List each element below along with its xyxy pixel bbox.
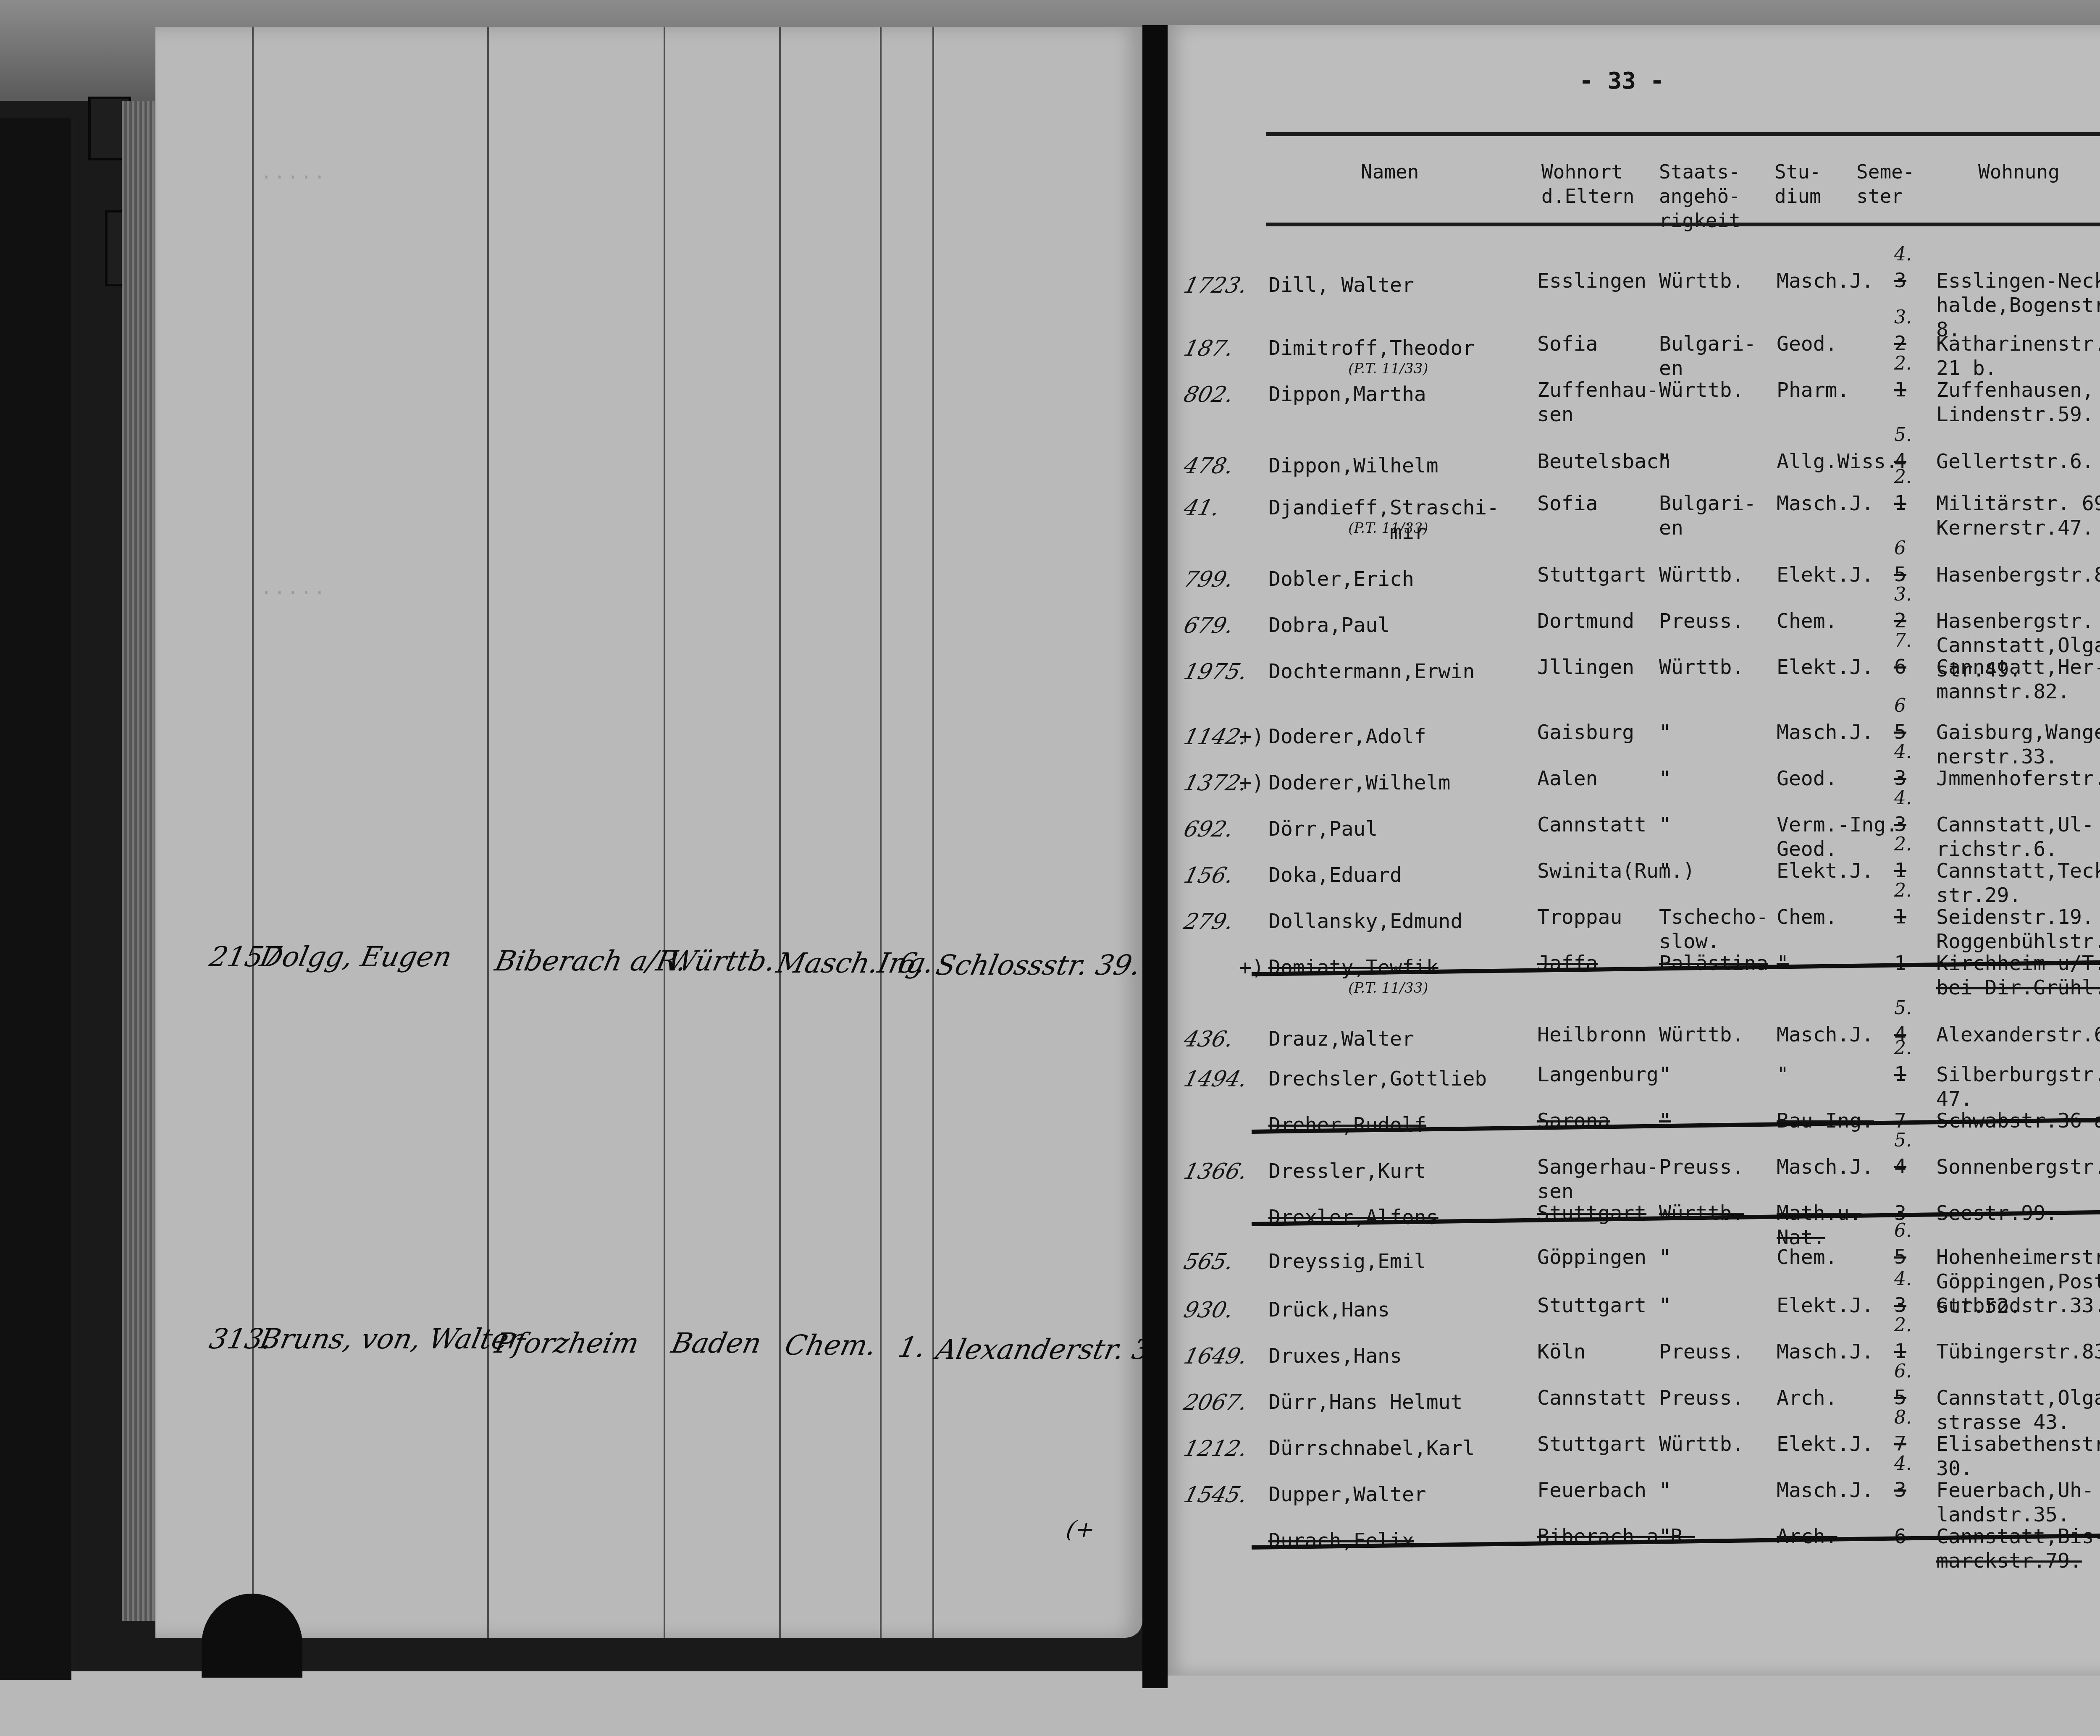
residence-address: Feuerbach,Uh- landstr.35. — [1936, 1478, 2094, 1527]
semester-updated: 5. — [1894, 997, 1912, 1019]
semester-updated: 2. — [1894, 1314, 1912, 1336]
student-name: Dupper,Walter — [1268, 1482, 1426, 1507]
student-name: Druxes,Hans — [1268, 1344, 1402, 1368]
parents-residence: Troppau — [1537, 905, 1622, 929]
parents-residence: Heilbronn — [1537, 1023, 1646, 1047]
table-row: 930.Drück,HansStuttgart"Elekt.J.4.3Gutbr… — [1168, 1298, 2100, 1323]
residence-address: Cannstatt,Her- mannstr.82. — [1936, 655, 2100, 704]
table-row: 1212.Dürrschnabel,KarlStuttgartWürttb.El… — [1168, 1436, 2100, 1461]
semester-updated: 6 — [1894, 695, 1906, 716]
margin-mark: (+ — [1064, 1516, 1097, 1542]
student-name: Dreher,Rudolf — [1268, 1113, 1426, 1137]
semester-original: 5 — [1894, 720, 1906, 744]
citizenship: " — [1659, 1062, 1671, 1087]
table-row: 279.Dollansky,EdmundTroppauTschecho- slo… — [1168, 909, 2100, 934]
study-field: Masch.J. — [1777, 1478, 1874, 1503]
column-header-name: Namen — [1361, 160, 1419, 184]
parents-residence: Stuttgart — [1537, 563, 1646, 587]
semester-updated: 6 — [1894, 538, 1906, 559]
column-header-study: Stu- dium — [1774, 160, 1821, 208]
bleed-through-text: ····· — [260, 166, 327, 189]
registration-number: 1366. — [1181, 1159, 1250, 1184]
semester-original: 7 — [1894, 1432, 1906, 1455]
residence-address: Gutbrodstr.33. — [1936, 1293, 2100, 1318]
citizenship: Württb. — [664, 945, 779, 977]
citizenship: " — [1659, 1109, 1671, 1133]
citizenship: Preuss. — [1659, 1386, 1744, 1410]
study-field: Chem. — [1777, 905, 1837, 929]
registration-number: 1975. — [1181, 659, 1250, 684]
semester-original: 1 — [1894, 491, 1906, 515]
table-row: 2067.Dürr,Hans HelmutCannstattPreuss.Arc… — [1168, 1390, 2100, 1415]
table-row: 1545.Dupper,WalterFeuerbach"Masch.J.4.3F… — [1168, 1482, 2100, 1508]
study-field: Masch.J. — [1777, 1340, 1874, 1364]
annotation: (P.T. 11/33) — [1348, 980, 1428, 996]
study-field: Chem. — [1777, 1245, 1837, 1269]
table-row-struck: Durach,FelixBiberach a.R."Arch.6Cannstat… — [1168, 1529, 2100, 1554]
parents-residence: Dortmund — [1537, 609, 1634, 633]
registration-number: 1545. — [1181, 1482, 1250, 1508]
semester-updated: 6. — [1894, 1361, 1912, 1382]
semester-updated: 3. — [1894, 307, 1912, 328]
student-name: Dobler,Erich — [1268, 567, 1414, 591]
table-row: 692.Dörr,PaulCannstatt"Verm.-Ing. Geod.4… — [1168, 817, 2100, 842]
study-field: Elekt.J. — [1777, 563, 1874, 587]
registration-number: 187. — [1181, 336, 1236, 361]
book-cover-left — [0, 118, 71, 1680]
registration-number: 692. — [1181, 817, 1236, 842]
semester-updated: 4. — [1894, 244, 1912, 265]
semester-original: 1 — [1894, 905, 1906, 928]
parents-residence: Zuffenhau- sen — [1537, 378, 1659, 427]
table-row: 1366.Dressler,KurtSangerhau- senPreuss.M… — [1168, 1159, 2100, 1184]
left-page: ····· ····· 2157 Dolgg, Eugen Biberach a… — [155, 27, 1142, 1638]
citizenship: Württb. — [1659, 1201, 1744, 1225]
semester-updated: 5. — [1894, 424, 1912, 446]
residence-address: Elisabethenstr. 30. — [1936, 1432, 2100, 1481]
citizenship: Württb. — [1659, 655, 1744, 679]
table-row: 1494.Drechsler,GottliebLangenburg""2.1Si… — [1168, 1067, 2100, 1092]
semester-updated: 6. — [1894, 1220, 1912, 1241]
parents-residence: Langenburg — [1537, 1062, 1659, 1087]
citizenship: Tschecho- slow. — [1659, 905, 1768, 954]
semester-original: 2 — [1894, 609, 1906, 632]
registration-number: 478. — [1181, 454, 1236, 479]
table-row: 1142.+)Doderer,AdolfGaisburg"Masch.J.65G… — [1168, 724, 2100, 750]
student-name: Drauz,Walter — [1268, 1027, 1414, 1051]
citizenship: Palästina — [1659, 951, 1768, 976]
parents-residence: Sofia — [1537, 491, 1598, 516]
column-header-parents-residence: Wohnort d.Eltern — [1541, 160, 1635, 208]
semester-original: 1 — [1894, 378, 1906, 401]
table-row: 802.Dippon,MarthaZuffenhau- senWürttb.Ph… — [1168, 382, 2100, 407]
study-field: Masch.J. — [1777, 720, 1874, 745]
registration-number: 679. — [1181, 613, 1236, 638]
semester-original: 3 — [1894, 766, 1906, 790]
semester-original: 6 — [1894, 655, 1906, 679]
citizenship: Württb. — [1659, 563, 1744, 587]
citizenship: " — [1659, 449, 1671, 474]
study-field: Masch.J. — [1777, 1155, 1874, 1179]
table-row: 1723.Dill, WalterEsslingenWürttb.Masch.J… — [1168, 273, 2100, 298]
student-name: Drück,Hans — [1268, 1298, 1390, 1322]
study-field: Elekt.J. — [1777, 1293, 1874, 1318]
study-field: Arch. — [1777, 1386, 1837, 1410]
parents-residence: Stuttgart — [1537, 1432, 1646, 1456]
column-header-semester: Seme- ster — [1856, 160, 1914, 208]
citizenship: " — [1659, 813, 1671, 837]
citizenship: " — [1659, 1478, 1671, 1503]
student-name: Dochtermann,Erwin — [1268, 659, 1475, 684]
parents-residence: Jllingen — [1537, 655, 1634, 679]
table-row: 436.Drauz,WalterHeilbronnWürttb.Masch.J.… — [1168, 1027, 2100, 1052]
semester-updated: 4. — [1894, 787, 1912, 809]
column-header-citizenship: Staats- angehö- rigkeit — [1659, 160, 1740, 233]
student-name: Bruns, von, Walter — [257, 1323, 525, 1355]
student-name: Dolgg, Eugen — [257, 941, 455, 973]
semester-original: 5 — [1894, 563, 1906, 586]
citizenship: Württb. — [1659, 1023, 1744, 1047]
residence-address: Alexanderstr.68. — [1936, 1023, 2100, 1047]
semester-original: 5 — [1894, 1245, 1906, 1269]
parents-residence: Feuerbach — [1537, 1478, 1646, 1503]
student-name: Dörr,Paul — [1268, 817, 1378, 841]
citizenship: " — [1659, 766, 1671, 791]
table-row: 565.Dreyssig,EmilGöppingen"Chem.6.5Hohen… — [1168, 1249, 2100, 1274]
parents-residence: Gaisburg — [1537, 720, 1634, 745]
plus-marker: +) — [1239, 724, 1264, 749]
semester-original: 3 — [1894, 813, 1906, 836]
annotation: (P.T. 11/33) — [1348, 520, 1428, 537]
citizenship: Preuss. — [1659, 1340, 1744, 1364]
table-row: 1975.Dochtermann,ErwinJllingenWürttb.Ele… — [1168, 659, 2100, 684]
residence-address: Cannstatt,Bis- marckstr.79. — [1936, 1524, 2100, 1573]
registration-number: 279. — [1181, 909, 1236, 934]
semester-updated: 2. — [1894, 353, 1912, 374]
study-field: Masch.J. — [1777, 491, 1874, 516]
residence-address: Cannstatt,Teck- str.29. — [1936, 859, 2100, 907]
table-row: 187.Dimitroff,TheodorSofiaBulgari- enGeo… — [1168, 336, 2100, 361]
column-header-residence: Wohnung — [1978, 160, 2060, 184]
study-field: " — [1777, 1062, 1789, 1087]
right-page: - 33 - Namen Wohnort d.Eltern Staats- an… — [1168, 25, 2100, 1676]
table-row: 799.Dobler,ErichStuttgartWürttb.Elekt.J.… — [1168, 567, 2100, 592]
semester-updated: 4. — [1894, 1453, 1912, 1474]
registration-number: 1649. — [1181, 1344, 1250, 1369]
student-name: Dippon,Martha — [1268, 382, 1426, 406]
parents-residence: Aalen — [1537, 766, 1598, 791]
bleed-through-text: ····· — [260, 582, 327, 604]
residence-address: Tübingerstr.83. — [1936, 1340, 2100, 1364]
study-field: " — [1777, 951, 1789, 976]
student-name: Doderer,Wilhelm — [1268, 771, 1450, 795]
table-row-struck: +)Domiaty,TewfikJaffaPalästina"1Kirchhei… — [1168, 955, 2100, 981]
parents-residence: Esslingen — [1537, 269, 1646, 293]
residence-address: Jmmenhoferstr.4. — [1936, 766, 2100, 791]
semester-original: 1 — [1894, 859, 1906, 882]
parents-residence: Biberach a/R. — [492, 945, 690, 977]
registration-number: 802. — [1181, 382, 1236, 407]
parents-residence: Cannstatt — [1537, 1386, 1646, 1410]
student-name: Dreyssig,Emil — [1268, 1249, 1426, 1274]
student-name: Durach,Felix — [1268, 1529, 1414, 1553]
header-rule-bottom — [1266, 223, 2100, 226]
citizenship: " — [1659, 1245, 1671, 1269]
semester-updated: 4. — [1894, 741, 1912, 763]
residence-address: Sonnenbergstr.7. — [1936, 1155, 2100, 1179]
student-name: Drechsler,Gottlieb — [1268, 1067, 1487, 1091]
study-field: Pharm. — [1777, 378, 1849, 402]
parents-residence: Pforzheim — [492, 1327, 642, 1359]
registration-number: 799. — [1181, 567, 1236, 592]
study-field: Geod. — [1777, 332, 1837, 356]
parents-residence: Cannstatt — [1537, 813, 1646, 837]
semester-updated: 4. — [1894, 1268, 1912, 1290]
column-rule — [779, 27, 781, 1638]
registration-number: 1723. — [1181, 273, 1250, 298]
residence-address: Katharinenstr. 21 b. — [1936, 332, 2100, 380]
study-field: Masch.J. — [1777, 269, 1874, 293]
study-field: Arch. — [1777, 1524, 1837, 1549]
semester-original: 3 — [1894, 1293, 1906, 1317]
registration-number: 2067. — [1181, 1390, 1250, 1415]
student-name: Dippon,Wilhelm — [1268, 454, 1438, 478]
study-field: Elekt.J. — [1777, 655, 1874, 679]
citizenship: Bulgari- en — [1659, 332, 1756, 380]
parents-residence: Beutelsbach — [1537, 449, 1671, 474]
column-rule — [252, 27, 254, 1638]
semester-original: 2 — [1894, 332, 1906, 355]
registration-number: 436. — [1181, 1027, 1236, 1052]
registration-number: 565. — [1181, 1249, 1236, 1274]
student-name: Dollansky,Edmund — [1268, 909, 1462, 934]
study-field: Elekt.J. — [1777, 1432, 1874, 1456]
table-row: 679.Dobra,PaulDortmundPreuss.Chem.3.2Has… — [1168, 613, 2100, 638]
column-rule — [880, 27, 882, 1638]
citizenship: Württb. — [1659, 1432, 1744, 1456]
student-name: Dobra,Paul — [1268, 613, 1390, 637]
citizenship: Bulgari- en — [1659, 491, 1756, 540]
registration-number: 41. — [1181, 496, 1223, 521]
registration-number: 156. — [1181, 863, 1236, 888]
registration-number: 930. — [1181, 1298, 1236, 1323]
parents-residence: Sangerhau- sen — [1537, 1155, 1659, 1204]
page-number: - 33 - — [1579, 67, 1664, 94]
column-rule — [664, 27, 665, 1638]
study-field: Allg.Wiss. — [1777, 449, 1898, 474]
parents-residence: Göppingen — [1537, 1245, 1646, 1269]
parents-residence: Swinita(Rum.) — [1537, 859, 1695, 883]
student-name: Drexler,Alfons — [1268, 1205, 1438, 1230]
semester-original: 5 — [1894, 1386, 1906, 1409]
thumb — [202, 1594, 302, 1678]
citizenship: " — [1659, 720, 1671, 745]
semester-updated: 5. — [1894, 1130, 1912, 1151]
citizenship: Baden — [669, 1327, 764, 1359]
table-row: 156.Doka,EduardSwinita(Rum.)"Elekt.J.2.1… — [1168, 863, 2100, 888]
parents-residence: Stuttgart — [1537, 1293, 1646, 1318]
residence-address: Zuffenhausen, Lindenstr.59. — [1936, 378, 2094, 427]
residence-address: Esslingen-Neckar- halde,Bogenstr. 8. — [1936, 269, 2100, 342]
column-rule — [932, 27, 934, 1638]
semester-original: 4 — [1894, 1155, 1906, 1178]
page-edges — [122, 101, 160, 1621]
residence-address: Gaisburg,Wange- nerstr.33. — [1936, 720, 2100, 769]
semester-updated: 7. — [1894, 630, 1912, 651]
residence-address: Kirchheim u/T., bei Dir.Grühl. — [1936, 951, 2100, 1000]
student-name: Dill, Walter — [1268, 273, 1414, 297]
residence-address: Gellertstr.6. — [1936, 449, 2094, 474]
citizenship: Preuss. — [1659, 609, 1744, 633]
study-field: Chem. — [1777, 609, 1837, 633]
residence-address: Hasenbergstr.84. — [1936, 563, 2100, 587]
student-name: Domiaty,Tewfik — [1268, 955, 1438, 980]
plus-marker: +) — [1239, 771, 1264, 795]
student-name: Doderer,Adolf — [1268, 724, 1426, 749]
semester: 1. — [895, 1331, 929, 1364]
student-name: Dürr,Hans Helmut — [1268, 1390, 1462, 1414]
residence-address: Silberburgstr. 47. — [1936, 1062, 2100, 1111]
study-field: Chem. — [782, 1329, 879, 1361]
parents-residence: Sofia — [1537, 332, 1598, 356]
study-field: Masch.J. — [1777, 1023, 1874, 1047]
column-rule — [487, 27, 489, 1638]
table-row: 41.Djandieff,Straschi- mirSofiaBulgari- … — [1168, 496, 2100, 521]
residence-address: Cannstatt,Ul- richstr.6. — [1936, 813, 2094, 861]
semester-updated: 2. — [1894, 466, 1912, 488]
student-name: Dressler,Kurt — [1268, 1159, 1426, 1183]
table-row: 1649.Druxes,HansKölnPreuss.Masch.J.2.1Tü… — [1168, 1344, 2100, 1369]
citizenship: Württb. — [1659, 269, 1744, 293]
semester-original: 3 — [1894, 1478, 1906, 1502]
citizenship: Württb. — [1659, 378, 1744, 402]
citizenship: " — [1659, 859, 1671, 883]
study-field: Geod. — [1777, 766, 1837, 791]
semester-updated: 2. — [1894, 1037, 1912, 1059]
semester-updated: 8. — [1894, 1407, 1912, 1428]
table-row: 478.Dippon,WilhelmBeutelsbach"Allg.Wiss.… — [1168, 454, 2100, 479]
registration-number: 1494. — [1181, 1067, 1250, 1092]
citizenship: Preuss. — [1659, 1155, 1744, 1179]
table-row: 1372.+)Doderer,WilhelmAalen"Geod.4.3Jmme… — [1168, 771, 2100, 796]
study-field: Verm.-Ing. Geod. — [1777, 813, 1898, 861]
annotation: (P.T. 11/33) — [1348, 360, 1428, 377]
semester-original: 3 — [1894, 269, 1906, 292]
study-field: Elekt.J. — [1777, 859, 1874, 883]
semester-updated: 2. — [1894, 834, 1912, 855]
student-name: Dimitroff,Theodor — [1268, 336, 1475, 360]
backdrop-bottom — [0, 1671, 2100, 1736]
registration-number: 1212. — [1181, 1436, 1250, 1461]
parents-residence: Köln — [1537, 1340, 1586, 1364]
table-row-struck: Drexler,AlfonsStuttgartWürttb.Math.u. Na… — [1168, 1205, 2100, 1230]
citizenship: " — [1659, 1524, 1671, 1549]
student-name: Dürrschnabel,Karl — [1268, 1436, 1475, 1461]
residence-address: Seidenstr.19. Roggenbühlstr. 10. — [1936, 905, 2100, 954]
residence-address: Militärstr. 69 Kernerstr.47. — [1936, 491, 2100, 540]
semester-original: 1 — [1894, 1062, 1906, 1086]
semester-updated: 2. — [1894, 880, 1912, 901]
semester-original: 1 — [1894, 1340, 1906, 1363]
book-gutter — [1142, 25, 1168, 1688]
residence-address: Cannstatt,Olga- strasse 43. — [1936, 1386, 2100, 1434]
residence-address: Schlossstr. 39. — [933, 949, 1144, 981]
study-field: Math.u. Nat. — [1777, 1201, 1861, 1250]
citizenship: " — [1659, 1293, 1671, 1318]
semester-updated: 3. — [1894, 584, 1912, 605]
header-rule-top — [1266, 132, 2100, 136]
student-name: Doka,Eduard — [1268, 863, 1402, 887]
table-row-struck: Dreher,RudolfSarona"Bau-Ing.7Schwabstr.3… — [1168, 1113, 2100, 1138]
